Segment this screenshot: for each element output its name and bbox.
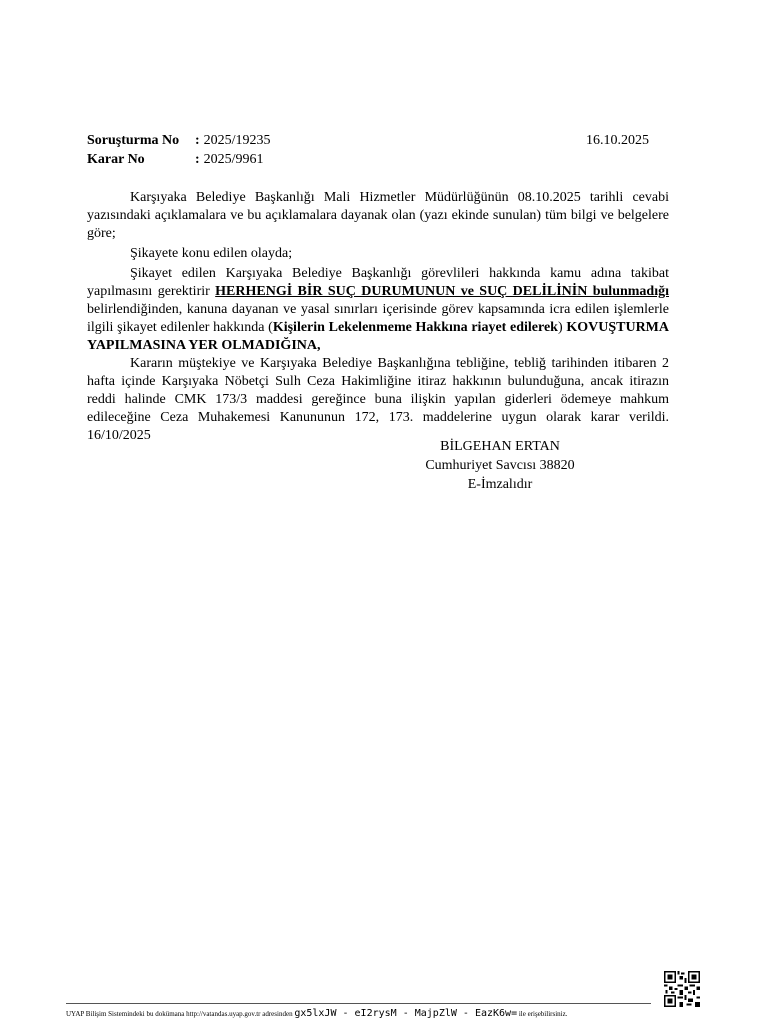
sorusturma-value: 2025/19235 bbox=[204, 131, 271, 150]
footer-verification: UYAP Bilişim Sistemindeki bu dokümana ht… bbox=[66, 1007, 759, 1021]
footer-prefix: UYAP Bilişim Sistemindeki bu dokümana ht… bbox=[66, 1010, 294, 1018]
karar-label: Karar No bbox=[87, 150, 195, 169]
emphasis-presumption: Kişilerin Lekelenmeme Hakkına riayet edi… bbox=[273, 320, 558, 335]
paragraph-2: Şikayete konu edilen olayda; bbox=[87, 245, 669, 263]
e-signature-status: E-İmzalıdır bbox=[390, 475, 610, 494]
prosecutor-name: BİLGEHAN ERTAN bbox=[390, 437, 610, 456]
document-date: 16.10.2025 bbox=[586, 131, 649, 150]
colon: : bbox=[195, 150, 200, 169]
sorusturma-label: Soruşturma No bbox=[87, 131, 195, 150]
prosecutor-title: Cumhuriyet Savcısı 38820 bbox=[390, 456, 610, 475]
colon: : bbox=[195, 131, 200, 150]
qr-code-icon bbox=[664, 971, 700, 1007]
case-header: Soruşturma No : 2025/19235 Karar No : 20… bbox=[87, 131, 271, 169]
paragraph-3: Şikayet edilen Karşıyaka Belediye Başkan… bbox=[87, 265, 669, 355]
verification-code: gx5lxJW - eI2rysM - MajpZlW - EazK6w= bbox=[294, 1008, 517, 1019]
signature-block: BİLGEHAN ERTAN Cumhuriyet Savcısı 38820 … bbox=[390, 437, 610, 494]
karar-value: 2025/9961 bbox=[204, 150, 264, 169]
emphasis-no-crime: HERHENGİ BİR SUÇ DURUMUNUN ve SUÇ DELİLİ… bbox=[215, 284, 669, 299]
footer-suffix: ile erişebilirsiniz. bbox=[517, 1010, 567, 1018]
paragraph-4: Kararın müştekiye ve Karşıyaka Belediye … bbox=[87, 355, 669, 445]
footer-divider bbox=[66, 1003, 651, 1004]
paragraph-1: Karşıyaka Belediye Başkanlığı Mali Hizme… bbox=[87, 189, 669, 243]
decision-body: Karşıyaka Belediye Başkanlığı Mali Hizme… bbox=[87, 189, 669, 445]
karar-row: Karar No : 2025/9961 bbox=[87, 150, 271, 169]
sorusturma-row: Soruşturma No : 2025/19235 bbox=[87, 131, 271, 150]
